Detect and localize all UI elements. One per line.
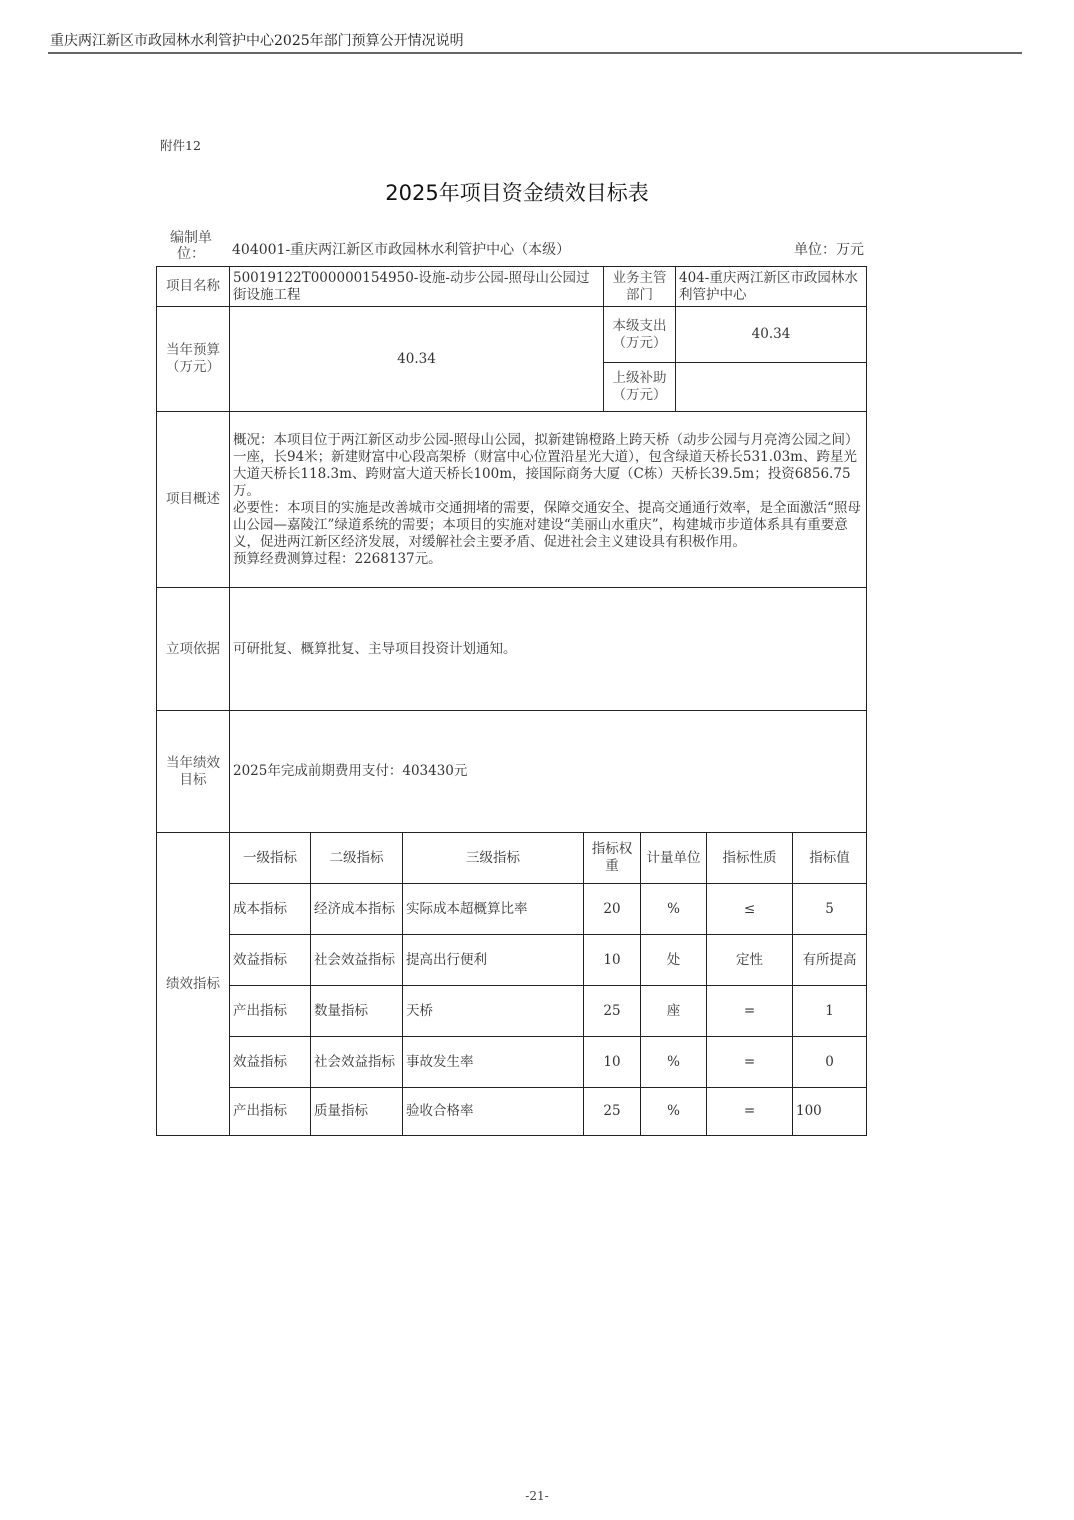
weight: 10 [584, 1037, 641, 1088]
page-title: 2025年项目资金绩效目标表 [0, 177, 1034, 207]
header-nature: 指标性质 [707, 833, 793, 884]
weight: 10 [584, 935, 641, 986]
overview-label: 项目概述 [157, 412, 230, 588]
header-unit: 计量单位 [641, 833, 707, 884]
weight: 25 [584, 986, 641, 1037]
weight: 25 [584, 1088, 641, 1136]
unit: 处 [641, 935, 707, 986]
header-value: 指标值 [793, 833, 867, 884]
table-row: 效益指标 社会效益指标 事故发生率 10 % = 0 [157, 1037, 867, 1088]
value: 有所提高 [793, 935, 867, 986]
value: 0 [793, 1037, 867, 1088]
page-number: -21- [0, 1489, 1074, 1503]
overview-text: 概况：本项目位于两江新区动步公园-照母山公园，拟新建锦橙路上跨天桥（动步公园与月… [230, 412, 867, 588]
unit: 座 [641, 986, 707, 1037]
level1: 效益指标 [230, 1037, 311, 1088]
level1: 产出指标 [230, 1088, 311, 1136]
header-level1: 一级指标 [230, 833, 311, 884]
project-info-table: 项目名称 50019122T000000154950-设施-动步公园-照母山公园… [156, 266, 867, 833]
level1: 成本指标 [230, 884, 311, 935]
table-row: 效益指标 社会效益指标 提高出行便利 10 处 定性 有所提高 [157, 935, 867, 986]
subsidy-value [676, 363, 867, 412]
goal-value: 2025年完成前期费用支付：403430元 [230, 711, 867, 833]
attachment-label: 附件12 [160, 136, 201, 154]
table-row: 产出指标 质量指标 验收合格率 25 % = 100 [157, 1088, 867, 1136]
project-name-label: 项目名称 [157, 267, 230, 307]
value: 5 [793, 884, 867, 935]
header-level3: 三级指标 [403, 833, 584, 884]
org-value: 404001-重庆两江新区市政园林水利管护中心（本级） [232, 239, 570, 259]
level3: 验收合格率 [403, 1088, 584, 1136]
value: 100 [793, 1088, 867, 1136]
basis-label: 立项依据 [157, 588, 230, 711]
budget-label: 当年预算（万元） [157, 307, 230, 412]
level2: 社会效益指标 [311, 935, 403, 986]
unit: % [641, 1037, 707, 1088]
indicator-table: 绩效指标 一级指标 二级指标 三级指标 指标权重 计量单位 指标性质 指标值 成… [156, 832, 867, 1136]
own-expense-label: 本级支出（万元） [604, 307, 676, 363]
level1: 效益指标 [230, 935, 311, 986]
nature: = [707, 1088, 793, 1136]
level3: 天桥 [403, 986, 584, 1037]
header-divider [48, 52, 1022, 54]
overview-paragraph-summary: 概况：本项目位于两江新区动步公园-照母山公园，拟新建锦橙路上跨天桥（动步公园与月… [233, 432, 863, 500]
unit: % [641, 1088, 707, 1136]
page-header: 重庆两江新区市政园林水利管护中心2025年部门预算公开情况说明 [50, 30, 464, 50]
subsidy-label: 上级补助（万元） [604, 363, 676, 412]
nature: 定性 [707, 935, 793, 986]
indicator-section-label: 绩效指标 [157, 833, 230, 1136]
overview-paragraph-necessity: 必要性：本项目的实施是改善城市交通拥堵的需要，保障交通安全、提高交通通行效率，是… [233, 500, 863, 551]
indicator-header-row: 绩效指标 一级指标 二级指标 三级指标 指标权重 计量单位 指标性质 指标值 [157, 833, 867, 884]
level3: 提高出行便利 [403, 935, 584, 986]
value: 1 [793, 986, 867, 1037]
header-level2: 二级指标 [311, 833, 403, 884]
table-row: 成本指标 经济成本指标 实际成本超概算比率 20 % ≤ 5 [157, 884, 867, 935]
unit-label: 单位：万元 [794, 239, 864, 259]
basis-value: 可研批复、概算批复、主导项目投资计划通知。 [230, 588, 867, 711]
header-weight: 指标权重 [584, 833, 641, 884]
nature: = [707, 1037, 793, 1088]
project-name-value: 50019122T000000154950-设施-动步公园-照母山公园过街设施工… [230, 267, 604, 307]
nature: = [707, 986, 793, 1037]
level2: 数量指标 [311, 986, 403, 1037]
overview-paragraph-budget: 预算经费测算过程：2268137元。 [233, 551, 863, 568]
dept-label: 业务主管部门 [604, 267, 676, 307]
level2: 社会效益指标 [311, 1037, 403, 1088]
unit: % [641, 884, 707, 935]
table-row: 产出指标 数量指标 天桥 25 座 = 1 [157, 986, 867, 1037]
level3: 事故发生率 [403, 1037, 584, 1088]
level2: 经济成本指标 [311, 884, 403, 935]
own-expense-value: 40.34 [676, 307, 867, 363]
org-label: 编制单位： [160, 230, 222, 262]
level2: 质量指标 [311, 1088, 403, 1136]
dept-value: 404-重庆两江新区市政园林水利管护中心 [676, 267, 867, 307]
weight: 20 [584, 884, 641, 935]
goal-label: 当年绩效目标 [157, 711, 230, 833]
level3: 实际成本超概算比率 [403, 884, 584, 935]
level1: 产出指标 [230, 986, 311, 1037]
budget-value: 40.34 [230, 307, 604, 412]
nature: ≤ [707, 884, 793, 935]
